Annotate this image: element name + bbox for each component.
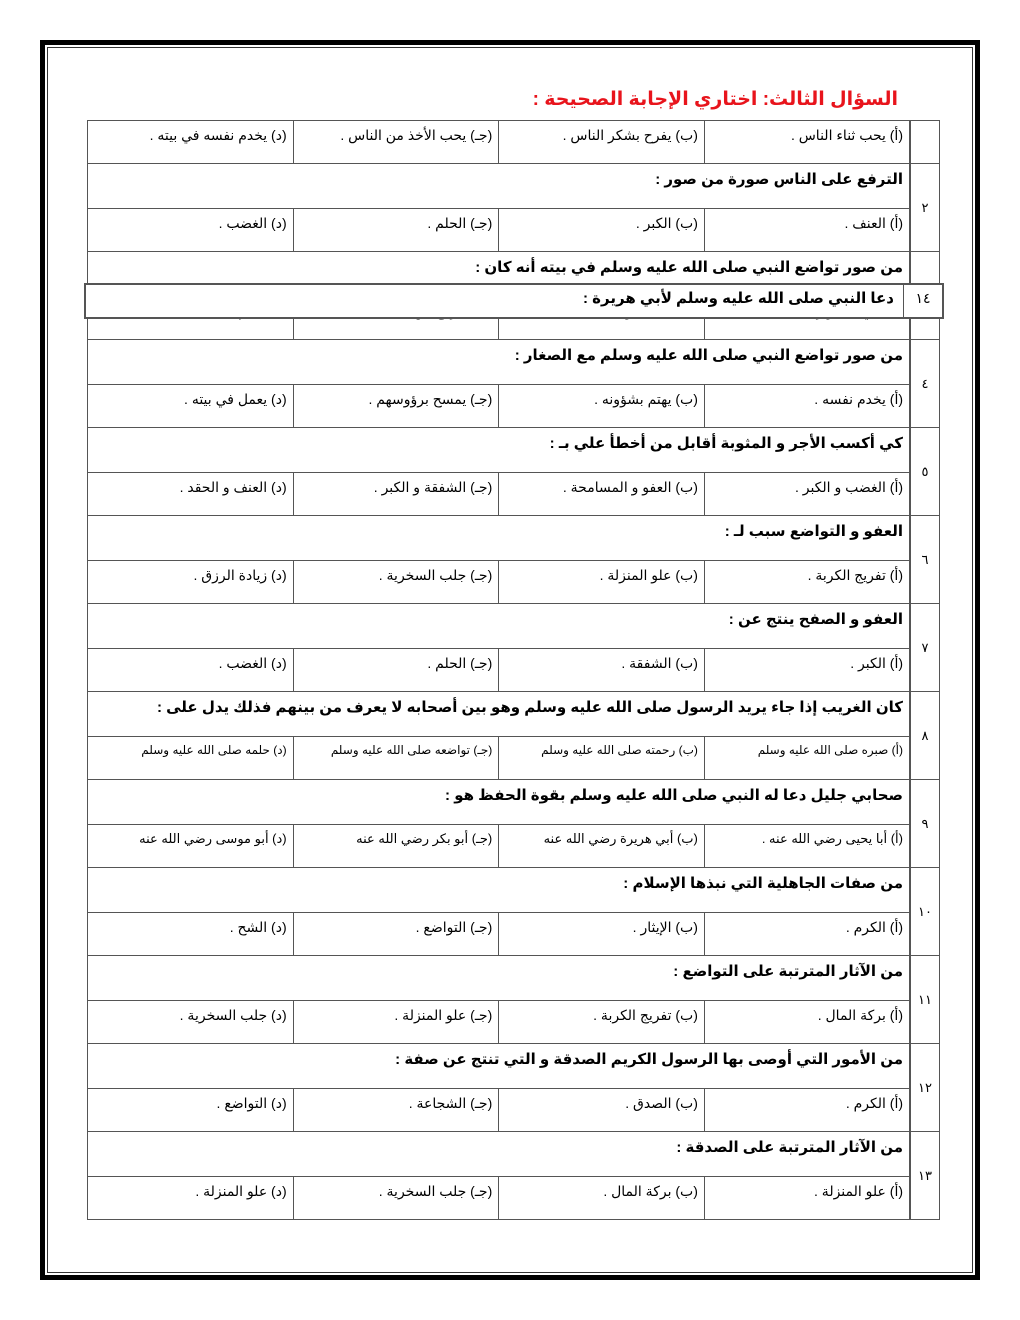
- option-a[interactable]: (أ) العنف .: [704, 209, 910, 252]
- option-c[interactable]: (جـ) علو المنزلة .: [293, 1001, 499, 1044]
- option-a[interactable]: (أ) أبا يحيى رضي الله عنه .: [704, 825, 910, 868]
- question-5-options: (أ) الغضب و الكبر . (ب) العفو و المسامحة…: [88, 473, 940, 516]
- question-text: الترفع على الناس صورة من صور :: [88, 164, 911, 209]
- question-7-options: (أ) الكبر . (ب) الشفقة . (جـ) الحلم . (د…: [88, 649, 940, 692]
- option-c[interactable]: (جـ) أبو بكر رضي الله عنه: [293, 825, 499, 868]
- question-8-options: (أ) صبره صلى الله عليه وسلم (ب) رحمته صل…: [88, 737, 940, 780]
- question-number: ١٠: [910, 868, 940, 956]
- question-4: ٤ من صور تواضع النبي صلى الله عليه وسلم …: [88, 340, 940, 385]
- question-text: العفو و التواضع سبب لـ :: [88, 516, 911, 561]
- option-b[interactable]: (ب) الصدق .: [499, 1089, 705, 1132]
- question-number: ٧: [910, 604, 940, 692]
- option-c[interactable]: (جـ) التواضع .: [293, 913, 499, 956]
- option-d[interactable]: (د) أبو موسى رضي الله عنه: [88, 825, 294, 868]
- option-d[interactable]: (د) جلب السخرية .: [88, 1001, 294, 1044]
- question-8: ٨ كان الغريب إذا جاء يريد الرسول صلى الل…: [88, 692, 940, 737]
- option-b[interactable]: (ب) يفرح بشكر الناس .: [499, 121, 705, 164]
- question-number: ٤: [910, 340, 940, 428]
- question-number: ٩: [910, 780, 940, 868]
- option-a[interactable]: (أ) بركة المال .: [704, 1001, 910, 1044]
- question-text: صحابي جليل دعا له النبي صلى الله عليه وس…: [88, 780, 911, 825]
- option-a[interactable]: (أ) الكبر .: [704, 649, 910, 692]
- question-text: العفو و الصفح ينتج عن :: [88, 604, 911, 649]
- option-c[interactable]: (جـ) جلب السخرية .: [293, 1177, 499, 1220]
- question-6-options: (أ) تفريج الكربة . (ب) علو المنزلة . (جـ…: [88, 561, 940, 604]
- option-b[interactable]: (ب) علو المنزلة .: [499, 561, 705, 604]
- question-13-options: (أ) علو المنزلة . (ب) بركة المال . (جـ) …: [88, 1177, 940, 1220]
- question-12: ١٢ من الأمور التي أوصى بها الرسول الكريم…: [88, 1044, 940, 1089]
- question-text: من صور تواضع النبي صلى الله عليه وسلم مع…: [88, 340, 911, 385]
- question-text: دعا النبي صلى الله عليه وسلم لأبي هريرة …: [583, 289, 894, 307]
- section-title: السؤال الثالث: اختاري الإجابة الصحيحة :: [533, 88, 898, 111]
- question-text: كان الغريب إذا جاء يريد الرسول صلى الله …: [88, 692, 911, 737]
- question-number: [910, 121, 940, 164]
- question-11: ١١ من الآثار المترتبة على التواضع :: [88, 956, 940, 1001]
- question-14-overlay: ١٤ دعا النبي صلى الله عليه وسلم لأبي هري…: [84, 283, 944, 319]
- option-a[interactable]: (أ) صبره صلى الله عليه وسلم: [704, 737, 910, 780]
- option-c[interactable]: (جـ) الحلم .: [293, 649, 499, 692]
- option-d[interactable]: (د) الشح .: [88, 913, 294, 956]
- question-12-options: (أ) الكرم . (ب) الصدق . (جـ) الشجاعة . (…: [88, 1089, 940, 1132]
- question-2-options: (أ) العنف . (ب) الكبر . (جـ) الحلم . (د)…: [88, 209, 940, 252]
- option-a[interactable]: (أ) الكرم .: [704, 913, 910, 956]
- option-d[interactable]: (د) الغضب .: [88, 209, 294, 252]
- option-d[interactable]: (د) يخدم نفسه في بيته .: [88, 121, 294, 164]
- option-c[interactable]: (جـ) الشجاعة .: [293, 1089, 499, 1132]
- question-number: ١٢: [910, 1044, 940, 1132]
- question-10: ١٠ من صفات الجاهلية التي نبذها الإسلام :: [88, 868, 940, 913]
- question-number: ٨: [910, 692, 940, 780]
- question-text: من الآثار المترتبة على التواضع :: [88, 956, 911, 1001]
- option-a[interactable]: (أ) تفريج الكربة .: [704, 561, 910, 604]
- option-a[interactable]: (أ) الغضب و الكبر .: [704, 473, 910, 516]
- option-d[interactable]: (د) حلمه صلى الله عليه وسلم: [88, 737, 294, 780]
- question-5: ٥ كي أكسب الأجر و المثوبة أقابل من أخطأ …: [88, 428, 940, 473]
- question-2: ٢ الترفع على الناس صورة من صور :: [88, 164, 940, 209]
- option-b[interactable]: (ب) بركة المال .: [499, 1177, 705, 1220]
- option-b[interactable]: (ب) الكبر .: [499, 209, 705, 252]
- question-6: ٦ العفو و التواضع سبب لـ :: [88, 516, 940, 561]
- question-9: ٩ صحابي جليل دعا له النبي صلى الله عليه …: [88, 780, 940, 825]
- question-text: كي أكسب الأجر و المثوبة أقابل من أخطأ عل…: [88, 428, 911, 473]
- question-4-options: (أ) يخدم نفسه . (ب) يهتم بشؤونه . (جـ) ي…: [88, 385, 940, 428]
- question-number: ٥: [910, 428, 940, 516]
- question-13: ١٣ من الآثار المترتبة على الصدقة :: [88, 1132, 940, 1177]
- option-d[interactable]: (د) العنف و الحقد .: [88, 473, 294, 516]
- option-b[interactable]: (ب) أبي هريرة رضي الله عنه: [499, 825, 705, 868]
- option-c[interactable]: (جـ) الشفقة و الكبر .: [293, 473, 499, 516]
- option-a[interactable]: (أ) يحب ثناء الناس .: [704, 121, 910, 164]
- question-7: ٧ العفو و الصفح ينتج عن :: [88, 604, 940, 649]
- question-text: من الأمور التي أوصى بها الرسول الكريم ال…: [88, 1044, 911, 1089]
- option-c[interactable]: (جـ) الحلم .: [293, 209, 499, 252]
- option-d[interactable]: (د) زيادة الرزق .: [88, 561, 294, 604]
- option-b[interactable]: (ب) رحمته صلى الله عليه وسلم: [499, 737, 705, 780]
- question-10-options: (أ) الكرم . (ب) الإيثار . (جـ) التواضع .…: [88, 913, 940, 956]
- option-a[interactable]: (أ) علو المنزلة .: [704, 1177, 910, 1220]
- option-b[interactable]: (ب) الإيثار .: [499, 913, 705, 956]
- option-a[interactable]: (أ) يخدم نفسه .: [704, 385, 910, 428]
- question-number: ١٤: [903, 285, 942, 317]
- option-a[interactable]: (أ) الكرم .: [704, 1089, 910, 1132]
- question-number: ١٣: [910, 1132, 940, 1220]
- question-number: ٢: [910, 164, 940, 252]
- question-9-options: (أ) أبا يحيى رضي الله عنه . (ب) أبي هرير…: [88, 825, 940, 868]
- option-d[interactable]: (د) التواضع .: [88, 1089, 294, 1132]
- question-text: من صفات الجاهلية التي نبذها الإسلام :: [88, 868, 911, 913]
- option-d[interactable]: (د) يعمل في بيته .: [88, 385, 294, 428]
- question-1-options: (أ) يحب ثناء الناس . (ب) يفرح بشكر الناس…: [88, 121, 940, 164]
- question-number: ٦: [910, 516, 940, 604]
- option-d[interactable]: (د) الغضب .: [88, 649, 294, 692]
- option-d[interactable]: (د) علو المنزلة .: [88, 1177, 294, 1220]
- question-number: ١١: [910, 956, 940, 1044]
- question-text: من الآثار المترتبة على الصدقة :: [88, 1132, 911, 1177]
- option-b[interactable]: (ب) يهتم بشؤونه .: [499, 385, 705, 428]
- question-11-options: (أ) بركة المال . (ب) تفريج الكربة . (جـ)…: [88, 1001, 940, 1044]
- option-b[interactable]: (ب) الشفقة .: [499, 649, 705, 692]
- option-c[interactable]: (جـ) يمسح برؤوسهم .: [293, 385, 499, 428]
- option-c[interactable]: (جـ) تواضعه صلى الله عليه وسلم: [293, 737, 499, 780]
- option-c[interactable]: (جـ) جلب السخرية .: [293, 561, 499, 604]
- option-b[interactable]: (ب) تفريج الكربة .: [499, 1001, 705, 1044]
- option-b[interactable]: (ب) العفو و المسامحة .: [499, 473, 705, 516]
- option-c[interactable]: (جـ) يحب الأخذ من الناس .: [293, 121, 499, 164]
